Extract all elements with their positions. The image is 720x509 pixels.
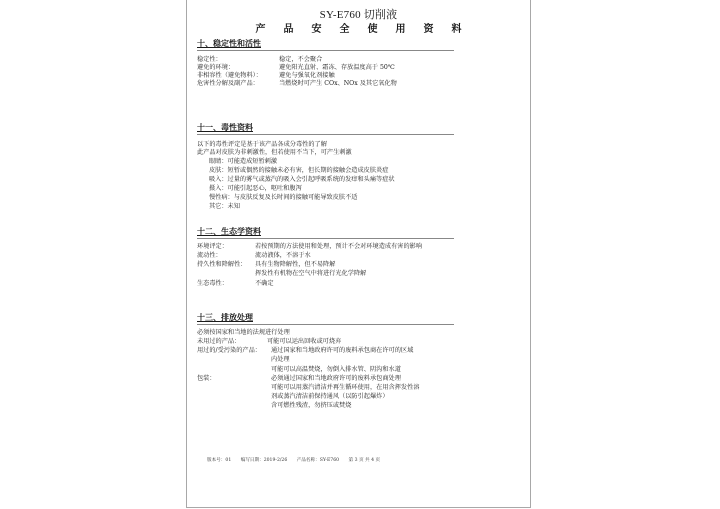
row-label: 包装： [197, 375, 216, 383]
document-subtitle: 产品安全使用资料 [187, 20, 530, 35]
section-heading-toxicity: 十一、毒性资料 [197, 122, 454, 135]
toxicity-item: 皮肤：短暂或偶然的接触未必有害，但长期的接触会造成皮肤炎症 [209, 167, 388, 175]
subtitle-char: 安 [312, 20, 322, 35]
row-value: 具有生物降解性，但不易降解 [255, 261, 335, 269]
toxicity-item: 摄入：可能引起恶心，呕吐和腹泻 [209, 185, 302, 193]
row-value: 可能可以用蒸汽清洁并再生循环使用，在用含挥发性溶 [271, 384, 420, 392]
row-label: 生态毒性： [197, 280, 228, 288]
toxicity-item: 眼睛：可能造成短暂刺激 [209, 158, 277, 166]
subtitle-char: 资 [424, 20, 434, 35]
disposal-intro: 必须按国家和当地的法规进行处理 [197, 329, 290, 337]
subtitle-char: 料 [452, 20, 462, 35]
subtitle-char: 使 [368, 20, 378, 35]
row-value: 内处理 [271, 356, 290, 364]
row-value: 通过国家和当地政府许可的废料承包商在许可的区域 [271, 347, 413, 355]
row-value: 可能可以运出回收或可烧弃 [267, 338, 341, 346]
row-value: 避免阳光直射、霜冻、存放温度高于 50℃ [279, 64, 395, 72]
row-value: 挥发性有机物在空气中将进行光化学降解 [255, 270, 366, 278]
row-value: 必须通过国家和当地政府许可的废料承包商处理 [271, 375, 401, 383]
section-heading-stability: 十、稳定性和活性 [197, 38, 454, 51]
row-label: 非相容性（避免物料）： [197, 72, 262, 80]
toxicity-item: 其它：未知 [209, 203, 240, 211]
section-heading-disposal: 十三、排放处理 [197, 312, 454, 325]
section-heading-ecology: 十二、生态学资料 [197, 226, 454, 239]
date-value: 2019-2/26 [264, 458, 288, 463]
page-footer: 版本号：01 编写日期：2019-2/26 产品名称：SY-E760 第 3 页… [207, 457, 388, 463]
subtitle-char: 用 [396, 20, 406, 35]
row-value: 剂或蒸汽清洁前保持通风（以防引起爆炸） [271, 393, 389, 401]
subtitle-char: 全 [340, 20, 350, 35]
row-value: 稳定，不会聚合 [279, 56, 322, 64]
product-value: SY-E760 [320, 458, 339, 463]
row-label: 持久性和降解性： [197, 261, 247, 269]
row-label: 环境评定： [197, 243, 228, 251]
toxicity-item: 慢性病：与皮肤反复及长时间的接触可能导致皮肤不适 [209, 194, 358, 202]
footer-product: 产品名称：SY-E760 [297, 458, 339, 463]
document-page: SY-E760 切削液 产品安全使用资料 十、稳定性和活性 稳定性： 稳定，不会… [186, 0, 531, 508]
row-label: 流动性： [197, 252, 222, 260]
row-label: 避免的环境： [197, 64, 234, 72]
product-label: 产品名称： [297, 458, 320, 463]
row-label: 用过的/受污染的产品： [197, 347, 261, 355]
row-value: 当燃烧时可产生 COx、NOx 及其它氧化物 [279, 80, 397, 88]
toxicity-intro: 此产品对皮肤为非刺激性，但若使用不当下，可产生刺激 [197, 149, 352, 157]
row-value: 不确定 [255, 280, 274, 288]
footer-date: 编写日期：2019-2/26 [241, 458, 288, 463]
version-label: 版本号： [207, 458, 225, 463]
toxicity-item: 吸入：过量的雾气或蒸汽的吸入会引起呼吸系统的发痒和头痛等症状 [209, 176, 395, 184]
footer-version: 版本号：01 [207, 458, 231, 463]
date-label: 编写日期： [241, 458, 264, 463]
subtitle-char: 品 [284, 20, 294, 35]
row-value: 可能可以高温焚烧，勿倒入排水管、阴沟和水道 [271, 366, 401, 374]
subtitle-char: 产 [256, 20, 266, 35]
row-label: 稳定性： [197, 56, 222, 64]
version-value: 01 [225, 458, 231, 463]
row-label: 未用过的产品： [197, 338, 240, 346]
toxicity-intro: 以下的毒性评定是基于该产品各成分毒性的了解 [197, 141, 327, 149]
footer-page-number: 第 3 页 共 4 页 [349, 458, 381, 463]
row-value: 若按预期的方法使用和处理，预计不会对环境造成有害的影响 [255, 243, 422, 251]
row-label: 危害性分解及副产品： [197, 80, 259, 88]
row-value: 流动液体，不溶于水 [255, 252, 311, 260]
row-value: 避免与强氧化剂接触 [279, 72, 335, 80]
row-value: 含可燃性残渣，勿挤压或焚烧 [271, 402, 351, 410]
